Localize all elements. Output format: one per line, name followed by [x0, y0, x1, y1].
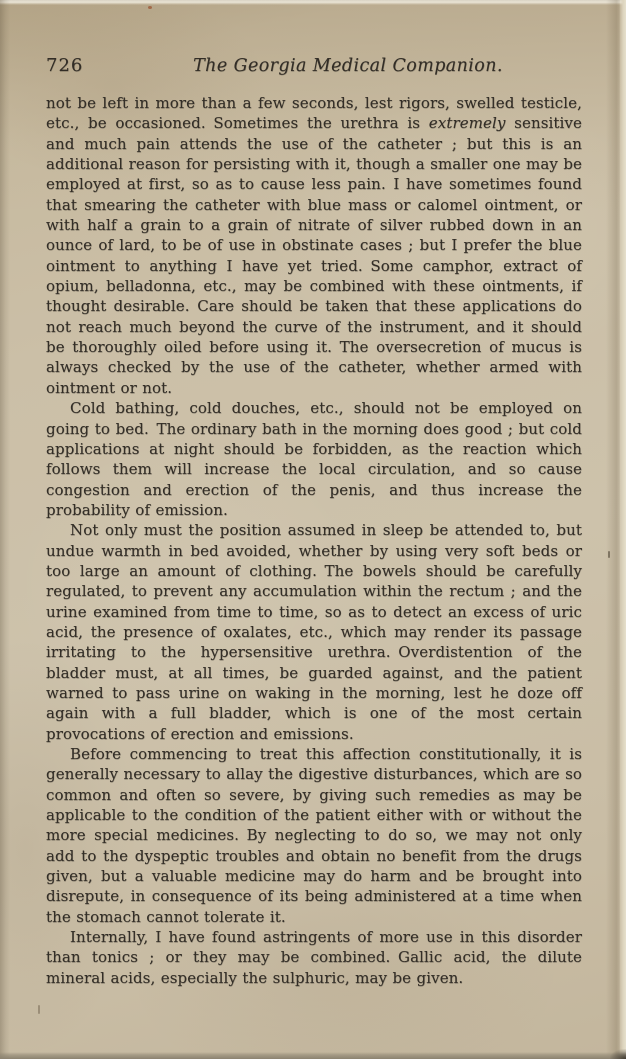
page-header: 726 The Georgia Medical Companion.: [46, 0, 580, 76]
body-text: not be left in more than a few seconds, …: [46, 93, 582, 988]
paragraph-3: Not only must the position assumed in sl…: [46, 520, 582, 744]
scan-corner-shadow: [610, 1049, 626, 1059]
paragraph-4: Before commencing to treat this affectio…: [46, 744, 582, 927]
page-content: 726 The Georgia Medical Companion. not b…: [0, 0, 626, 988]
paragraph-1-italic-word: extremely: [429, 114, 506, 132]
paragraph-1: not be left in more than a few seconds, …: [46, 93, 582, 398]
scanned-book-page: 726 The Georgia Medical Companion. not b…: [0, 0, 626, 1059]
paragraph-5: Internally, I have found astringents of …: [46, 927, 582, 988]
running-title: The Georgia Medical Companion.: [156, 56, 580, 76]
scan-edge-bottom: [0, 1052, 626, 1059]
paragraph-2: Cold bathing, cold douches, etc., should…: [46, 398, 582, 520]
paper-speck: [38, 1005, 40, 1014]
paragraph-1-text-after: sensitive and much pain attends the use …: [46, 114, 582, 396]
page-number: 726: [46, 55, 156, 76]
